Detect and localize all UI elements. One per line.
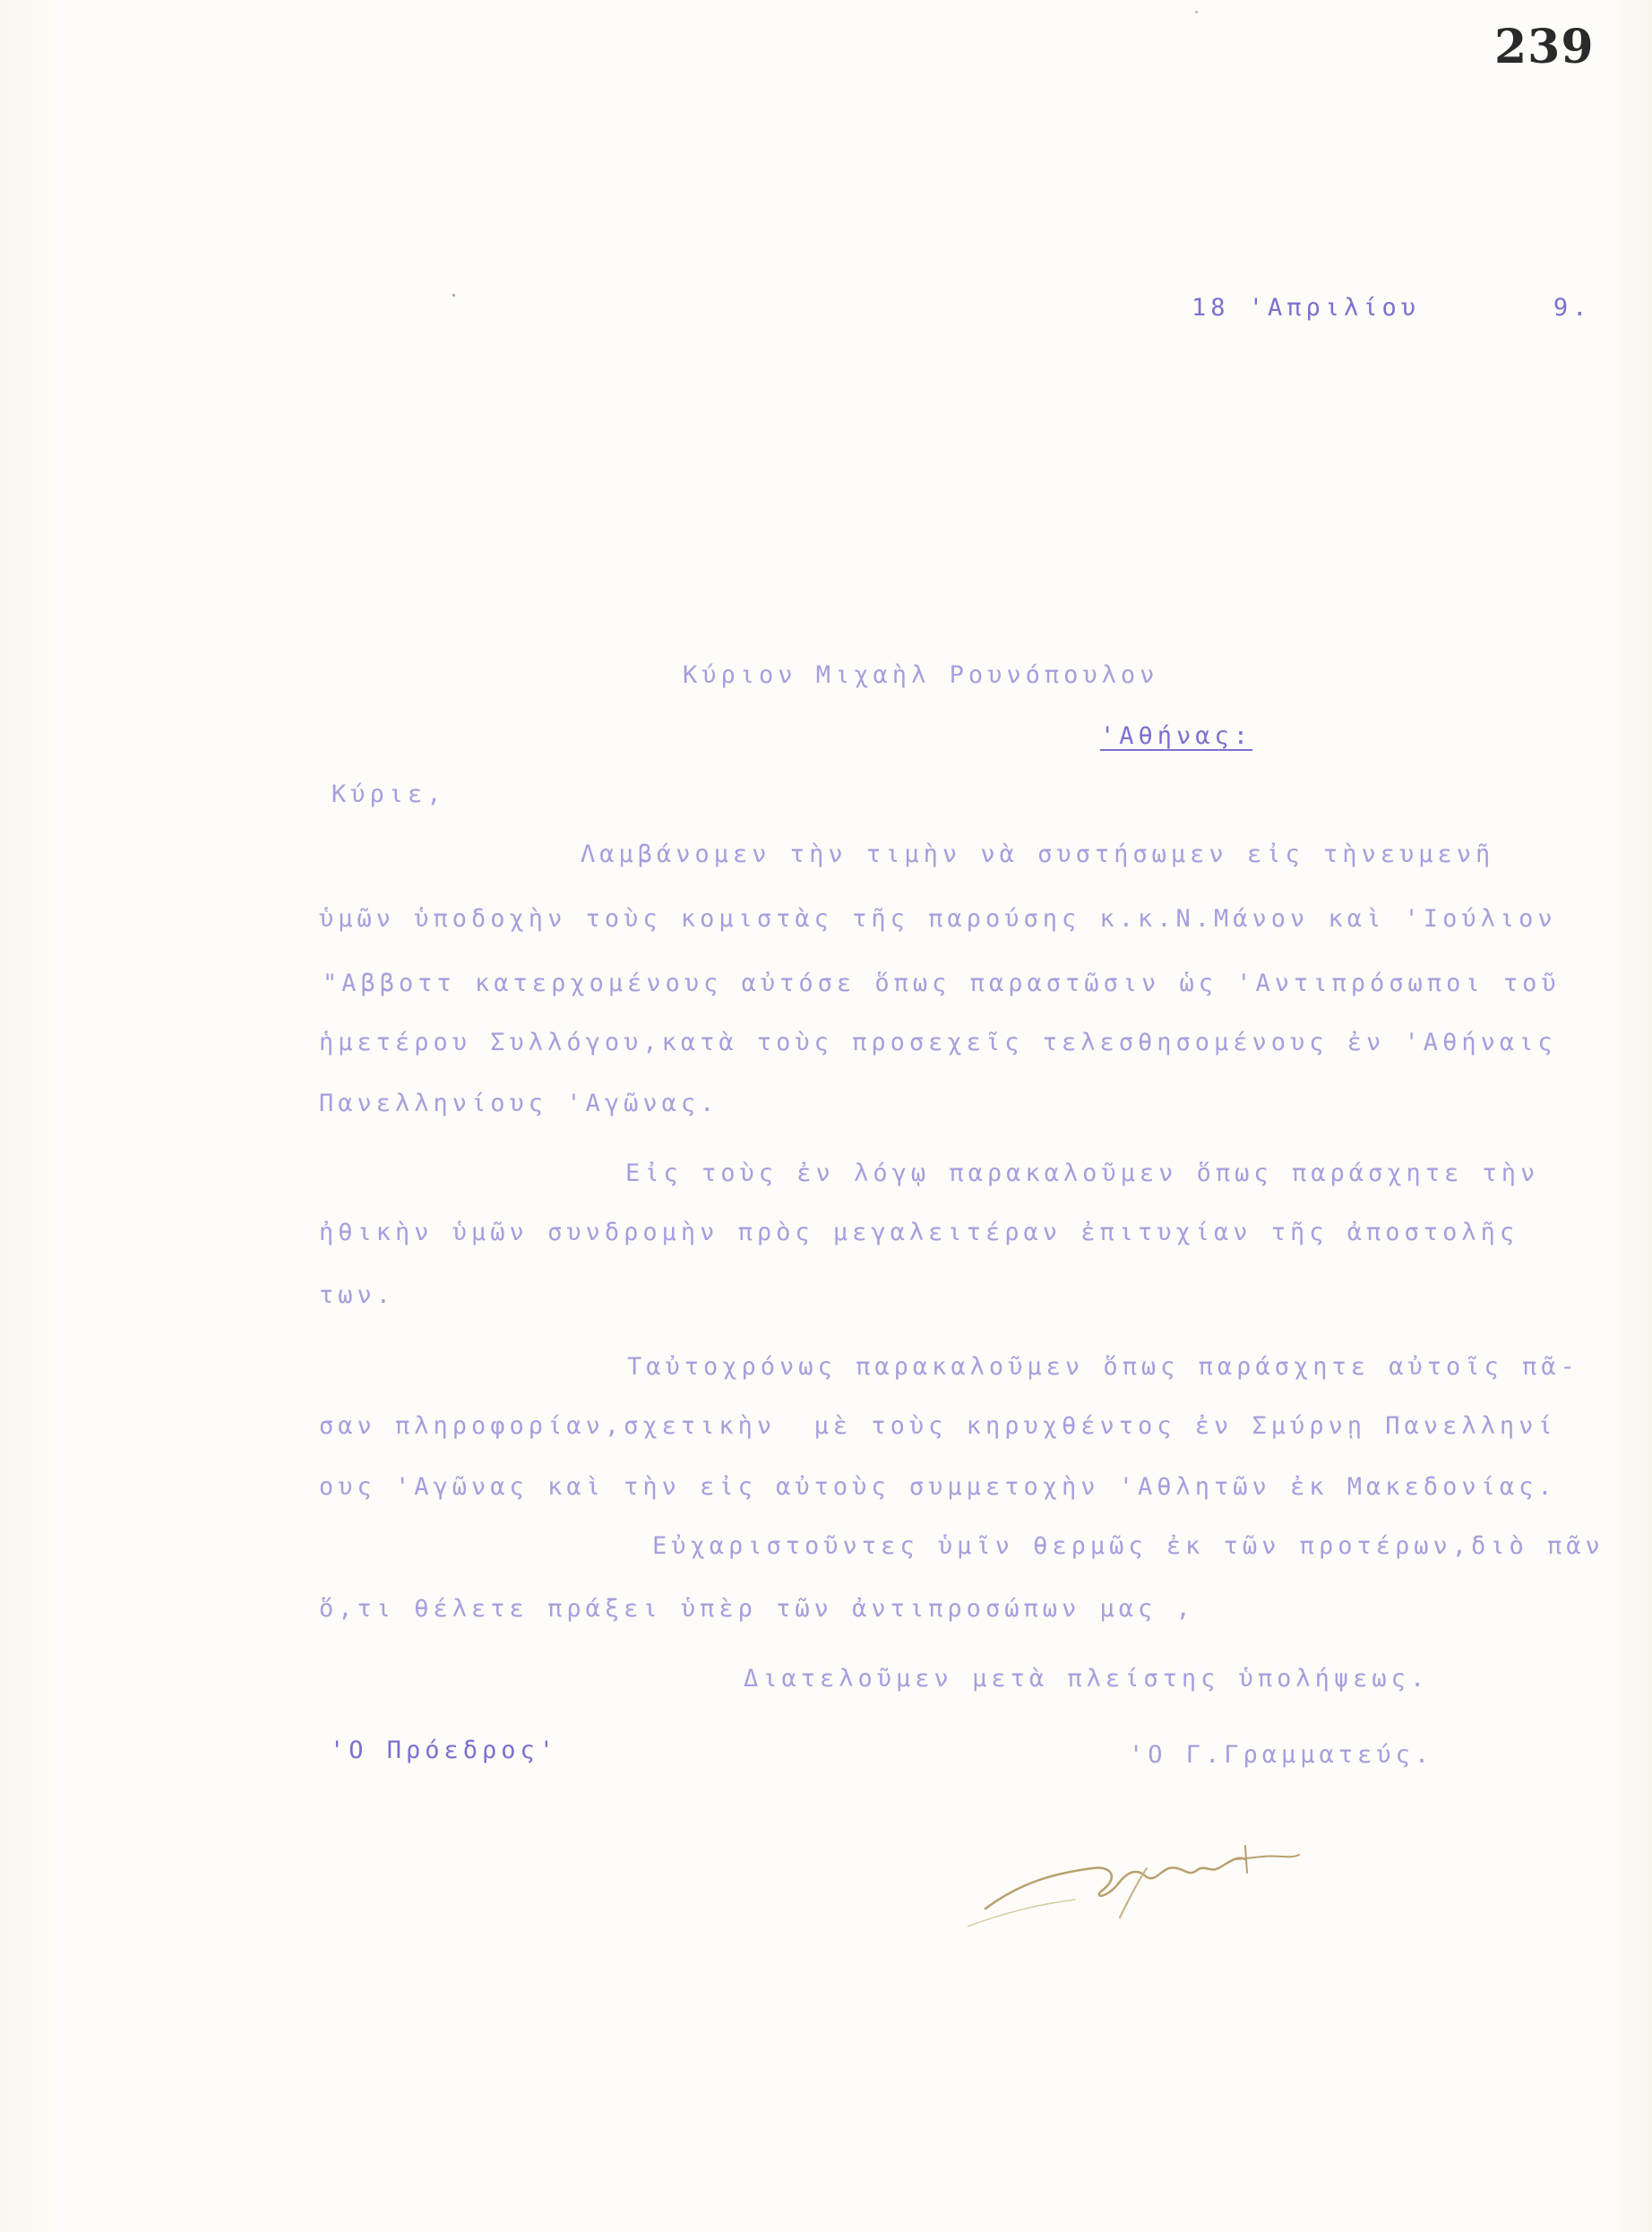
closing-line: Διατελοῦμεν μετὰ πλείστης ὑπολήψεως. [744, 1667, 1429, 1691]
salutation: Κύριε, [331, 782, 446, 806]
body-line: "Αββοττ κατερχομένους αὐτόσε ὅπως παραστ… [323, 971, 1561, 995]
recipient-name: Κύριον Μιχαὴλ Ρουνόπουλον [683, 663, 1158, 687]
body-line: Λαμβάνομεν τὴν τιμὴν νὰ συστήσωμεν εἰς τ… [581, 842, 1494, 866]
body-line: Ταὐτοχρόνως παρακαλοῦμεν ὅπως παράσχητε … [627, 1355, 1579, 1379]
body-line: ὑμῶν ὑποδοχὴν τοὺς κομιστὰς τῆς παρούσης… [319, 907, 1557, 931]
body-line: Πανελληνίους 'Αγῶνας. [319, 1091, 718, 1116]
body-line: ἠθικὴν ὑμῶν συνδρομὴν πρὸς μεγαλειτέραν … [319, 1220, 1519, 1245]
body-line: Εἰς τοὺς ἐν λόγῳ παρακαλοῦμεν ὅπως παράσ… [625, 1161, 1539, 1185]
body-line: ους 'Αγῶνας καὶ τὴν εἰς αὐτοὺς συμμετοχὴ… [319, 1475, 1557, 1499]
secretary-title: 'Ο Γ.Γραμματεύς. [1129, 1743, 1433, 1767]
document-page: 239 18 'Απριλίου 9. Κύριον Μιχαὴλ Ρουνόπ… [0, 0, 1652, 2232]
body-line: Εὐχαριστοῦντες ὑμῖν θερμῶς ἐκ τῶν προτέρ… [652, 1534, 1605, 1558]
folio-number: 239 [1494, 20, 1595, 74]
president-title: 'Ο Πρόεδρος' [330, 1738, 558, 1762]
paper-speck [452, 294, 455, 297]
handwritten-signature-icon [968, 1792, 1433, 1953]
body-line: των. [319, 1283, 395, 1307]
body-line: ὅ,τι θέλετε πράξει ὑπὲρ τῶν ἀντιπροσώπων… [319, 1597, 1195, 1621]
recipient-city: 'Αθήνας: [1100, 724, 1252, 748]
paper-speck [1195, 11, 1198, 13]
body-line: σαν πληροφορίαν,σχετικὴν μὲ τοὺς κηρυχθέ… [319, 1414, 1557, 1438]
letter-date: 18 'Απριλίου 9. [1192, 296, 1591, 320]
body-line: ἡμετέρου Συλλόγου,κατὰ τοὺς προσεχεῖς τε… [319, 1030, 1557, 1055]
